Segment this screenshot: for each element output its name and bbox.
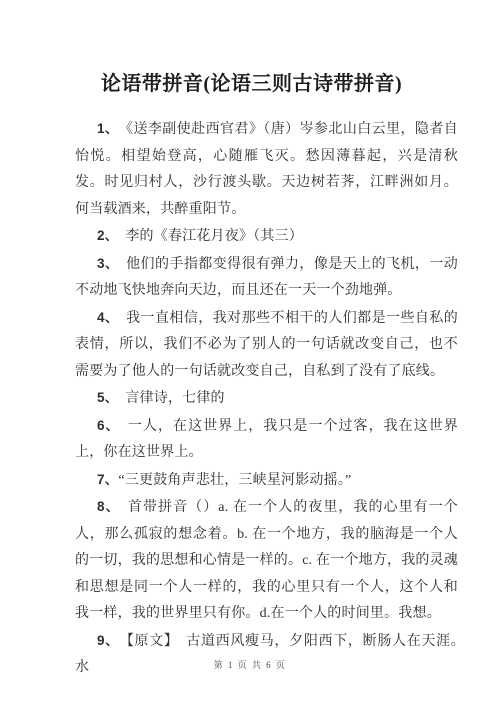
page-title: 论语带拼音(论语三则古诗带拼音) xyxy=(60,70,443,98)
paragraph-number: 2、 xyxy=(97,228,125,243)
paragraph-text: 《送李副使赴西官君》（唐）岑参北山白云里，隐者自怡悦。相望始登高，心随雁飞灭。愁… xyxy=(75,122,458,217)
paragraph-number: 3、 xyxy=(97,256,126,271)
paragraph-number: 5、 xyxy=(97,390,125,405)
paragraph-text: 首带拼音（）a. 在一个人的夜里，我的心里有一个人，那么孤寂的想念着。b. 在一… xyxy=(75,500,458,621)
paragraph: 9、 【原文】 古道西风瘦马，夕阳西下，断肠人在天涯。 水 xyxy=(75,628,458,682)
paragraph-number: 7、 xyxy=(97,472,118,487)
paragraph: 2、 李的《春江花月夜》（其三） xyxy=(75,223,458,251)
paragraph: 5、 言律诗，七律的 xyxy=(75,385,458,413)
paragraph: 8、 首带拼音（）a. 在一个人的夜里，我的心里有一个人，那么孤寂的想念着。b.… xyxy=(75,494,458,628)
paragraph-number: 1、 xyxy=(97,121,126,136)
paragraph-text: “三更鼓角声悲壮，三峡星河影动摇。” xyxy=(118,473,351,488)
paragraph-text: 他们的手指都变得很有弹力，像是天上的飞机，一动不动地飞快地奔向天边，而且还在一天… xyxy=(75,257,458,299)
paragraph-number: 8、 xyxy=(97,499,128,514)
paragraph-number: 4、 xyxy=(97,310,126,325)
document-page: 论语带拼音(论语三则古诗带拼音) 1、 《送李副使赴西官君》（唐）岑参北山白云里… xyxy=(0,0,500,682)
page-footer: 第 1 页 共 6 页 xyxy=(0,658,500,671)
paragraph-text: 李的《春江花月夜》（其三） xyxy=(125,229,303,244)
paragraph-text: 我一直相信，我对那些不相干的人们都是一些自私的表情，所以，我们不必为了别人的一句… xyxy=(75,311,458,379)
paragraph-list: 1、 《送李副使赴西官君》（唐）岑参北山白云里，隐者自怡悦。相望始登高，心随雁飞… xyxy=(75,116,458,682)
paragraph-text: 一人，在这世界上，我只是一个过客，我在这世界上，你在这世界上。 xyxy=(75,419,458,461)
paragraph: 4、 我一直相信，我对那些不相干的人们都是一些自私的表情，所以，我们不必为了别人… xyxy=(75,305,458,386)
paragraph-number: 6、 xyxy=(97,418,128,433)
paragraph: 7、“三更鼓角声悲壮，三峡星河影动摇。” xyxy=(75,467,458,495)
paragraph: 1、 《送李副使赴西官君》（唐）岑参北山白云里，隐者自怡悦。相望始登高，心随雁飞… xyxy=(75,116,458,223)
paragraph: 6、 一人，在这世界上，我只是一个过客，我在这世界上，你在这世界上。 xyxy=(75,413,458,467)
paragraph-text: 言律诗，七律的 xyxy=(125,391,224,406)
paragraph: 3、 他们的手指都变得很有弹力，像是天上的飞机，一动不动地飞快地奔向天边，而且还… xyxy=(75,251,458,305)
paragraph-number: 9、 xyxy=(97,633,127,648)
